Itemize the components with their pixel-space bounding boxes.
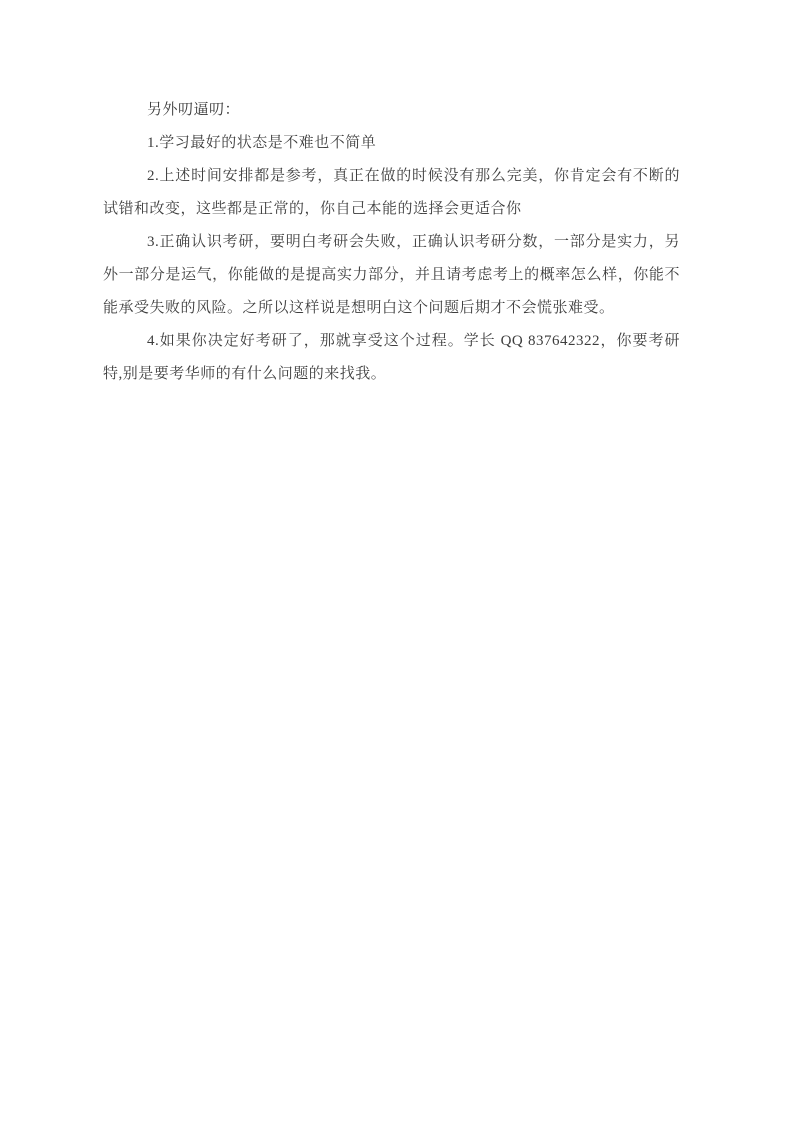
document-body: 另外叨逼叨： 1.学习最好的状态是不难也不简单 2.上述时间安排都是参考，真正在… bbox=[103, 94, 680, 391]
paragraph-intro: 另外叨逼叨： bbox=[103, 94, 680, 127]
document-page: 另外叨逼叨： 1.学习最好的状态是不难也不简单 2.上述时间安排都是参考，真正在… bbox=[0, 0, 794, 1122]
paragraph-point-4: 4.如果你决定好考研了，那就享受这个过程。学长 QQ 837642322，你要考… bbox=[103, 325, 680, 391]
paragraph-point-3: 3.正确认识考研，要明白考研会失败，正确认识考研分数，一部分是实力，另外一部分是… bbox=[103, 226, 680, 325]
paragraph-point-1: 1.学习最好的状态是不难也不简单 bbox=[103, 127, 680, 160]
paragraph-point-2: 2.上述时间安排都是参考，真正在做的时候没有那么完美，你肯定会有不断的试错和改变… bbox=[103, 160, 680, 226]
